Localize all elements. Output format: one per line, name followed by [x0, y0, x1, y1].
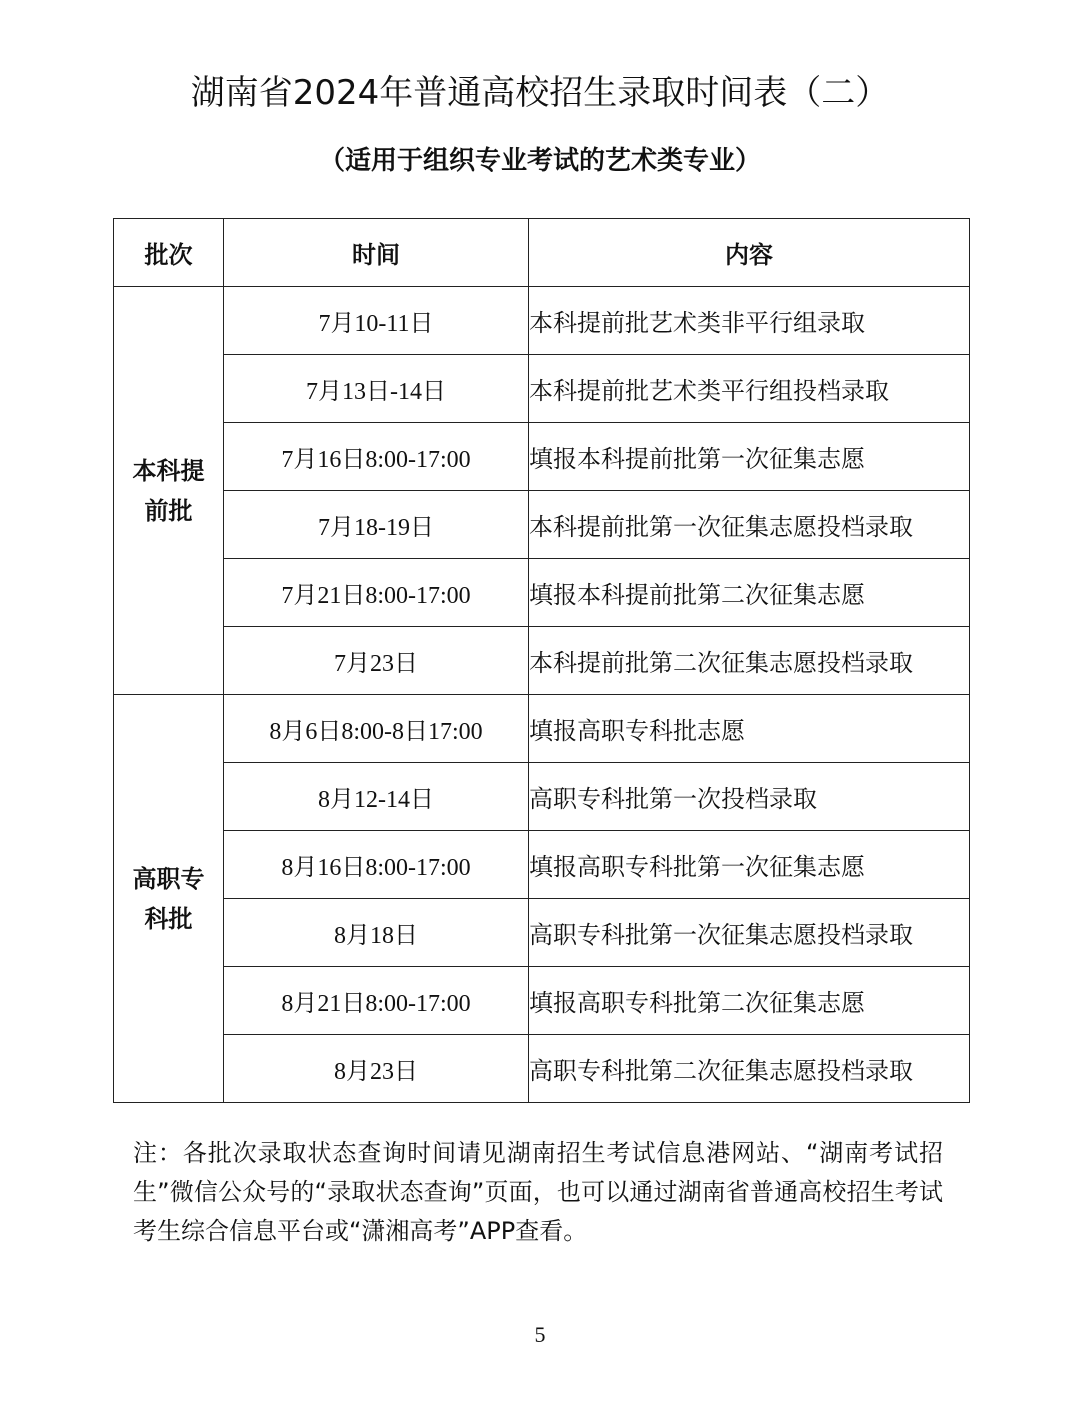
content-cell: 填报高职专科批第二次征集志愿: [529, 967, 970, 1035]
time-cell: 8月6日8:00-8日17:00: [224, 695, 529, 763]
content-cell: 本科提前批艺术类平行组投档录取: [529, 355, 970, 423]
table-row: 7月23日 本科提前批第二次征集志愿投档录取: [114, 627, 970, 695]
header-batch: 批次: [114, 219, 224, 287]
footnote: 注：各批次录取状态查询时间请见湖南招生考试信息港网站、“湖南考试招生”微信公众号…: [133, 1134, 943, 1251]
table-row: 7月13日-14日 本科提前批艺术类平行组投档录取: [114, 355, 970, 423]
batch-cell-vocational: 高职专科批: [114, 695, 224, 1103]
time-cell: 7月21日8:00-17:00: [224, 559, 529, 627]
table-row: 8月23日 高职专科批第二次征集志愿投档录取: [114, 1035, 970, 1103]
time-cell: 7月16日8:00-17:00: [224, 423, 529, 491]
content-cell: 高职专科批第一次投档录取: [529, 763, 970, 831]
time-cell: 8月12-14日: [224, 763, 529, 831]
content-cell: 高职专科批第一次征集志愿投档录取: [529, 899, 970, 967]
content-cell: 填报本科提前批第二次征集志愿: [529, 559, 970, 627]
time-cell: 7月13日-14日: [224, 355, 529, 423]
document-title: 湖南省2024年普通高校招生录取时间表（二）: [0, 68, 1080, 118]
document-subtitle: （适用于组织专业考试的艺术类专业）: [0, 138, 1080, 184]
table-row: 7月18-19日 本科提前批第一次征集志愿投档录取: [114, 491, 970, 559]
time-cell: 8月21日8:00-17:00: [224, 967, 529, 1035]
batch-label: 高职专科批: [130, 859, 208, 939]
table-header-row: 批次 时间 内容: [114, 219, 970, 287]
table-row: 8月21日8:00-17:00 填报高职专科批第二次征集志愿: [114, 967, 970, 1035]
content-cell: 填报高职专科批志愿: [529, 695, 970, 763]
table-row: 8月12-14日 高职专科批第一次投档录取: [114, 763, 970, 831]
batch-label: 本科提前批: [130, 451, 208, 531]
table-row: 高职专科批 8月6日8:00-8日17:00 填报高职专科批志愿: [114, 695, 970, 763]
table-row: 7月21日8:00-17:00 填报本科提前批第二次征集志愿: [114, 559, 970, 627]
content-cell: 填报高职专科批第一次征集志愿: [529, 831, 970, 899]
time-cell: 8月23日: [224, 1035, 529, 1103]
table-row: 7月16日8:00-17:00 填报本科提前批第一次征集志愿: [114, 423, 970, 491]
time-cell: 8月18日: [224, 899, 529, 967]
content-cell: 本科提前批艺术类非平行组录取: [529, 287, 970, 355]
content-cell: 本科提前批第一次征集志愿投档录取: [529, 491, 970, 559]
table-row: 8月18日 高职专科批第一次征集志愿投档录取: [114, 899, 970, 967]
content-cell: 本科提前批第二次征集志愿投档录取: [529, 627, 970, 695]
batch-cell-undergraduate-early: 本科提前批: [114, 287, 224, 695]
admission-schedule-table: 批次 时间 内容 本科提前批 7月10-11日 本科提前批艺术类非平行组录取 7…: [113, 218, 970, 1103]
time-cell: 7月23日: [224, 627, 529, 695]
header-content: 内容: [529, 219, 970, 287]
content-cell: 高职专科批第二次征集志愿投档录取: [529, 1035, 970, 1103]
table-row: 本科提前批 7月10-11日 本科提前批艺术类非平行组录取: [114, 287, 970, 355]
time-cell: 7月10-11日: [224, 287, 529, 355]
time-cell: 7月18-19日: [224, 491, 529, 559]
header-time: 时间: [224, 219, 529, 287]
content-cell: 填报本科提前批第一次征集志愿: [529, 423, 970, 491]
table-row: 8月16日8:00-17:00 填报高职专科批第一次征集志愿: [114, 831, 970, 899]
page-number: 5: [0, 1322, 1080, 1348]
time-cell: 8月16日8:00-17:00: [224, 831, 529, 899]
